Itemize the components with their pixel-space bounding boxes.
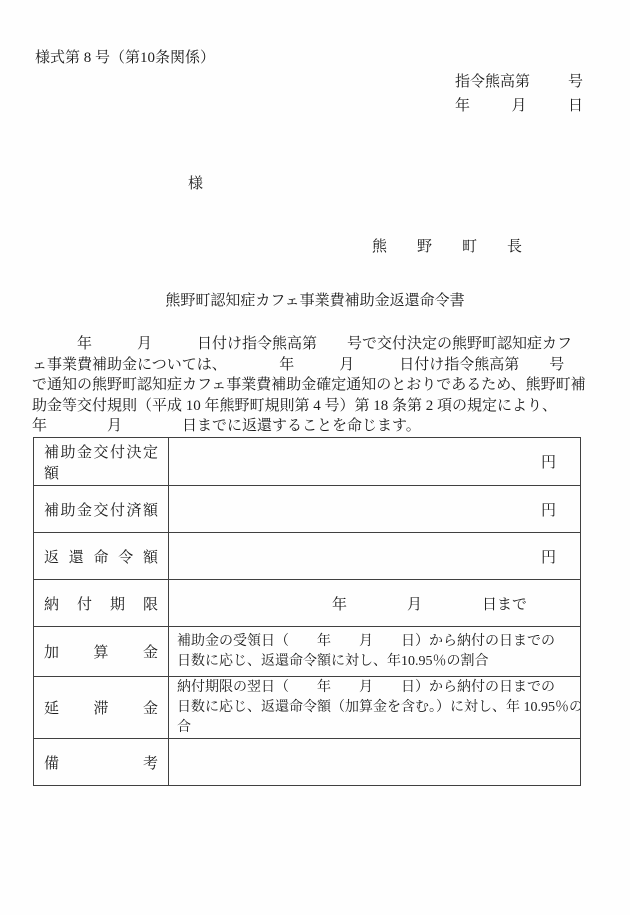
row-label: 返還命令額 — [44, 546, 158, 567]
row-label: 備考 — [44, 752, 158, 773]
row-value-surcharge-terms: 補助金の受領日（ 年 月 日）から納付の日までの 日数に応じ、返還命令額に対し、… — [169, 627, 580, 676]
body-line: 年 月 日までに返還することを命じます。 — [32, 416, 607, 437]
body-line: ェ事業費補助金については、 年 月 日付け指令熊高第 号 — [32, 355, 607, 376]
body-line: 年 月 日付け指令熊高第 号で交付決定の熊野町認知症カフ — [32, 334, 607, 355]
row-value-deadline: 年 月 日まで — [169, 580, 580, 626]
body-paragraph: 年 月 日付け指令熊高第 号で交付決定の熊野町認知症カフ ェ事業費補助金について… — [32, 334, 607, 437]
yen-unit: 円 — [541, 499, 556, 520]
issue-date-line: 年 月 日 — [455, 94, 583, 115]
row-label: 加算金 — [44, 641, 158, 662]
row-value-late-fee-terms: 納付期限の翌日（ 年 月 日）から納付の日までの 日数に応じ、返還命令額（加算金… — [169, 677, 580, 738]
table-row-grant-paid-amount: 補助金交付済額 円 — [34, 485, 580, 532]
table-row-remarks: 備考 — [34, 738, 580, 785]
table-row-grant-decided-amount: 補助金交付決定額 円 — [34, 438, 580, 485]
row-label: 補助金交付決定額 — [44, 441, 158, 483]
row-label: 補助金交付済額 — [44, 499, 158, 520]
date-day-label: 日 — [568, 94, 583, 115]
document-title: 熊野町認知症カフェ事業費補助金返還命令書 — [0, 289, 630, 310]
table-row-surcharge: 加算金 補助金の受領日（ 年 月 日）から納付の日までの 日数に応じ、返還命令額… — [34, 626, 580, 676]
row-label: 延滞金 — [44, 697, 158, 718]
table-row-late-fee: 延滞金 納付期限の翌日（ 年 月 日）から納付の日までの 日数に応じ、返還命令額… — [34, 676, 580, 738]
yen-unit: 円 — [541, 451, 556, 472]
form-number: 様式第 8 号（第10条関係） — [35, 46, 215, 67]
table-row-payment-deadline: 納付期限 年 月 日まで — [34, 579, 580, 626]
document-page: { "document": { "form_number": "様式第 8 号（… — [0, 0, 630, 915]
row-value-blank-amount: 円 — [169, 533, 580, 579]
row-value-blank-amount: 円 — [169, 486, 580, 532]
row-value-remarks-blank — [169, 739, 580, 785]
row-label: 納付期限 — [44, 593, 158, 614]
issuer-mayor: 熊 野 町 長 — [372, 235, 522, 256]
date-year-label: 年 — [455, 94, 470, 115]
table-row-return-order-amount: 返還命令額 円 — [34, 532, 580, 579]
addressee-honorific: 様 — [188, 172, 203, 193]
document-number-line: 指令熊高第 号 — [455, 70, 583, 91]
repayment-table: 補助金交付決定額 円 補助金交付済額 円 返還命令額 円 納付期限 年 月 日ま… — [33, 437, 581, 786]
document-number-suffix: 号 — [568, 70, 583, 91]
body-line: 助金等交付規則（平成 10 年熊野町規則第 4 号）第 18 条第 2 項の規定… — [32, 396, 607, 417]
yen-unit: 円 — [541, 546, 556, 567]
body-line: で通知の熊野町認知症カフェ事業費補助金確定通知のとおりであるため、熊野町補 — [32, 375, 607, 396]
date-month-label: 月 — [511, 94, 526, 115]
document-number-prefix: 指令熊高第 — [455, 70, 530, 91]
row-value-blank-amount: 円 — [169, 438, 580, 485]
